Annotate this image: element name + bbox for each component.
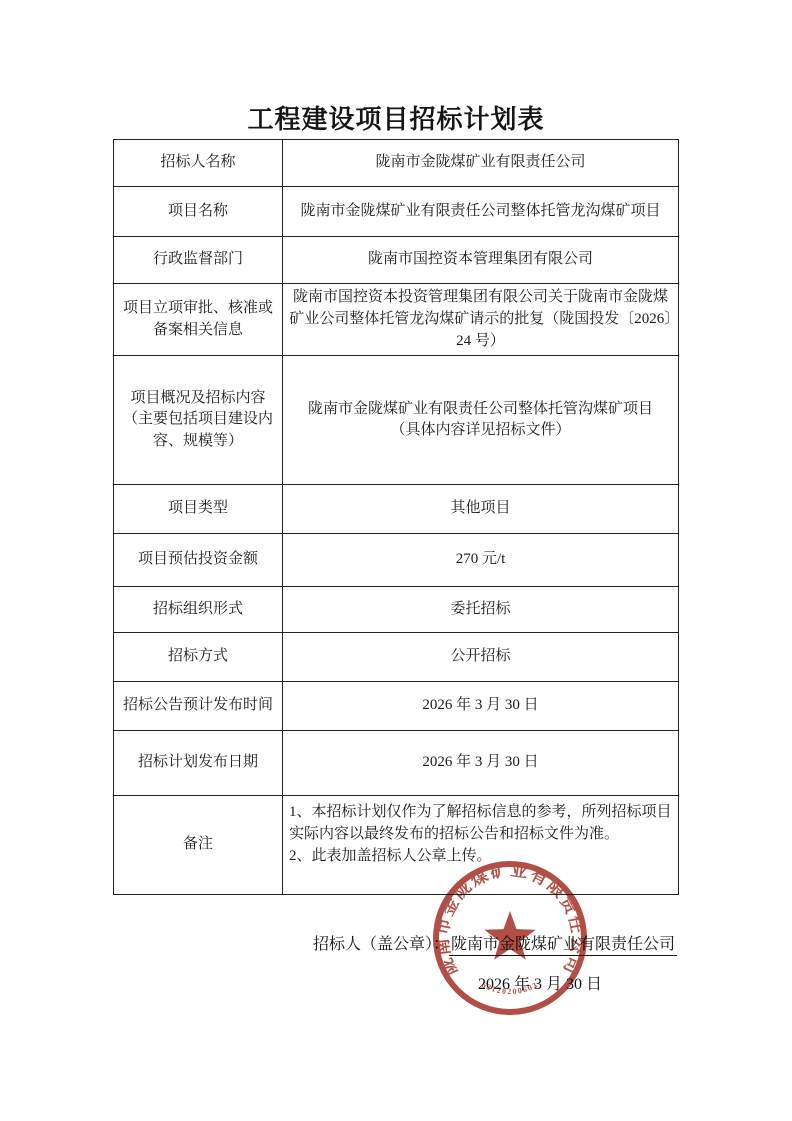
row-value-remarks: 1、本招标计划仅作为了解招标信息的参考，所列招标项目实际内容以最终发布的招标公告… — [283, 796, 679, 895]
table-row: 项目立项审批、核准或备案相关信息 陇南市国控资本投资管理集团有限公司关于陇南市金… — [114, 284, 679, 356]
table-row: 招标计划发布日期 2026 年 3 月 30 日 — [114, 731, 679, 796]
row-value-project-name: 陇南市金陇煤矿业有限责任公司整体托管龙沟煤矿项目 — [283, 187, 679, 237]
table-row: 备注 1、本招标计划仅作为了解招标信息的参考，所列招标项目实际内容以最终发布的招… — [114, 796, 679, 895]
row-value-approval-info: 陇南市国控资本投资管理集团有限公司关于陇南市金陇煤矿业公司整体托管龙沟煤矿请示的… — [283, 284, 679, 356]
signer-line: 招标人（盖公章）：陇南市金陇煤矿业有限责任公司 — [313, 931, 677, 954]
row-label-estimated-investment: 项目预估投资金额 — [114, 534, 283, 587]
row-value-project-type: 其他项目 — [283, 485, 679, 534]
row-label-plan-release-date: 招标计划发布日期 — [114, 731, 283, 796]
row-label-bidding-method: 招标方式 — [114, 633, 283, 682]
row-value-announcement-date: 2026 年 3 月 30 日 — [283, 682, 679, 731]
row-label-project-name: 项目名称 — [114, 187, 283, 237]
table-row: 招标公告预计发布时间 2026 年 3 月 30 日 — [114, 682, 679, 731]
row-label-project-overview: 项目概况及招标内容（主要包括项目建设内容、规模等） — [114, 356, 283, 485]
row-value-supervision-dept: 陇南市国控资本管理集团有限公司 — [283, 237, 679, 284]
row-label-remarks: 备注 — [114, 796, 283, 895]
document-page: 工程建设项目招标计划表 招标人名称 陇南市金陇煤矿业有限责任公司 项目名称 陇南… — [0, 0, 792, 1121]
row-value-bidding-method: 公开招标 — [283, 633, 679, 682]
row-label-approval-info: 项目立项审批、核准或备案相关信息 — [114, 284, 283, 356]
page-title: 工程建设项目招标计划表 — [0, 99, 792, 136]
date-line: 2026 年 3 月 30 日 — [478, 971, 602, 994]
signer-name: 陇南市金陇煤矿业有限责任公司 — [449, 936, 677, 956]
table-row: 项目名称 陇南市金陇煤矿业有限责任公司整体托管龙沟煤矿项目 — [114, 187, 679, 237]
row-label-announcement-date: 招标公告预计发布时间 — [114, 682, 283, 731]
table-row: 招标人名称 陇南市金陇煤矿业有限责任公司 — [114, 140, 679, 187]
table-row: 招标方式 公开招标 — [114, 633, 679, 682]
table-row: 项目类型 其他项目 — [114, 485, 679, 534]
row-value-estimated-investment: 270 元/t — [283, 534, 679, 587]
row-value-bidder-name: 陇南市金陇煤矿业有限责任公司 — [283, 140, 679, 187]
row-label-supervision-dept: 行政监督部门 — [114, 237, 283, 284]
signer-label: 招标人（盖公章）： — [313, 936, 449, 953]
bidding-plan-table: 招标人名称 陇南市金陇煤矿业有限责任公司 项目名称 陇南市金陇煤矿业有限责任公司… — [113, 139, 679, 895]
row-label-organization-form: 招标组织形式 — [114, 587, 283, 633]
table-row: 项目概况及招标内容（主要包括项目建设内容、规模等） 陇南市金陇煤矿业有限责任公司… — [114, 356, 679, 485]
row-label-project-type: 项目类型 — [114, 485, 283, 534]
table-row: 招标组织形式 委托招标 — [114, 587, 679, 633]
table-row: 项目预估投资金额 270 元/t — [114, 534, 679, 587]
row-value-project-overview: 陇南市金陇煤矿业有限责任公司整体托管沟煤矿项目 （具体内容详见招标文件） — [283, 356, 679, 485]
row-label-bidder-name: 招标人名称 — [114, 140, 283, 187]
table-row: 行政监督部门 陇南市国控资本管理集团有限公司 — [114, 237, 679, 284]
row-value-organization-form: 委托招标 — [283, 587, 679, 633]
row-value-plan-release-date: 2026 年 3 月 30 日 — [283, 731, 679, 796]
